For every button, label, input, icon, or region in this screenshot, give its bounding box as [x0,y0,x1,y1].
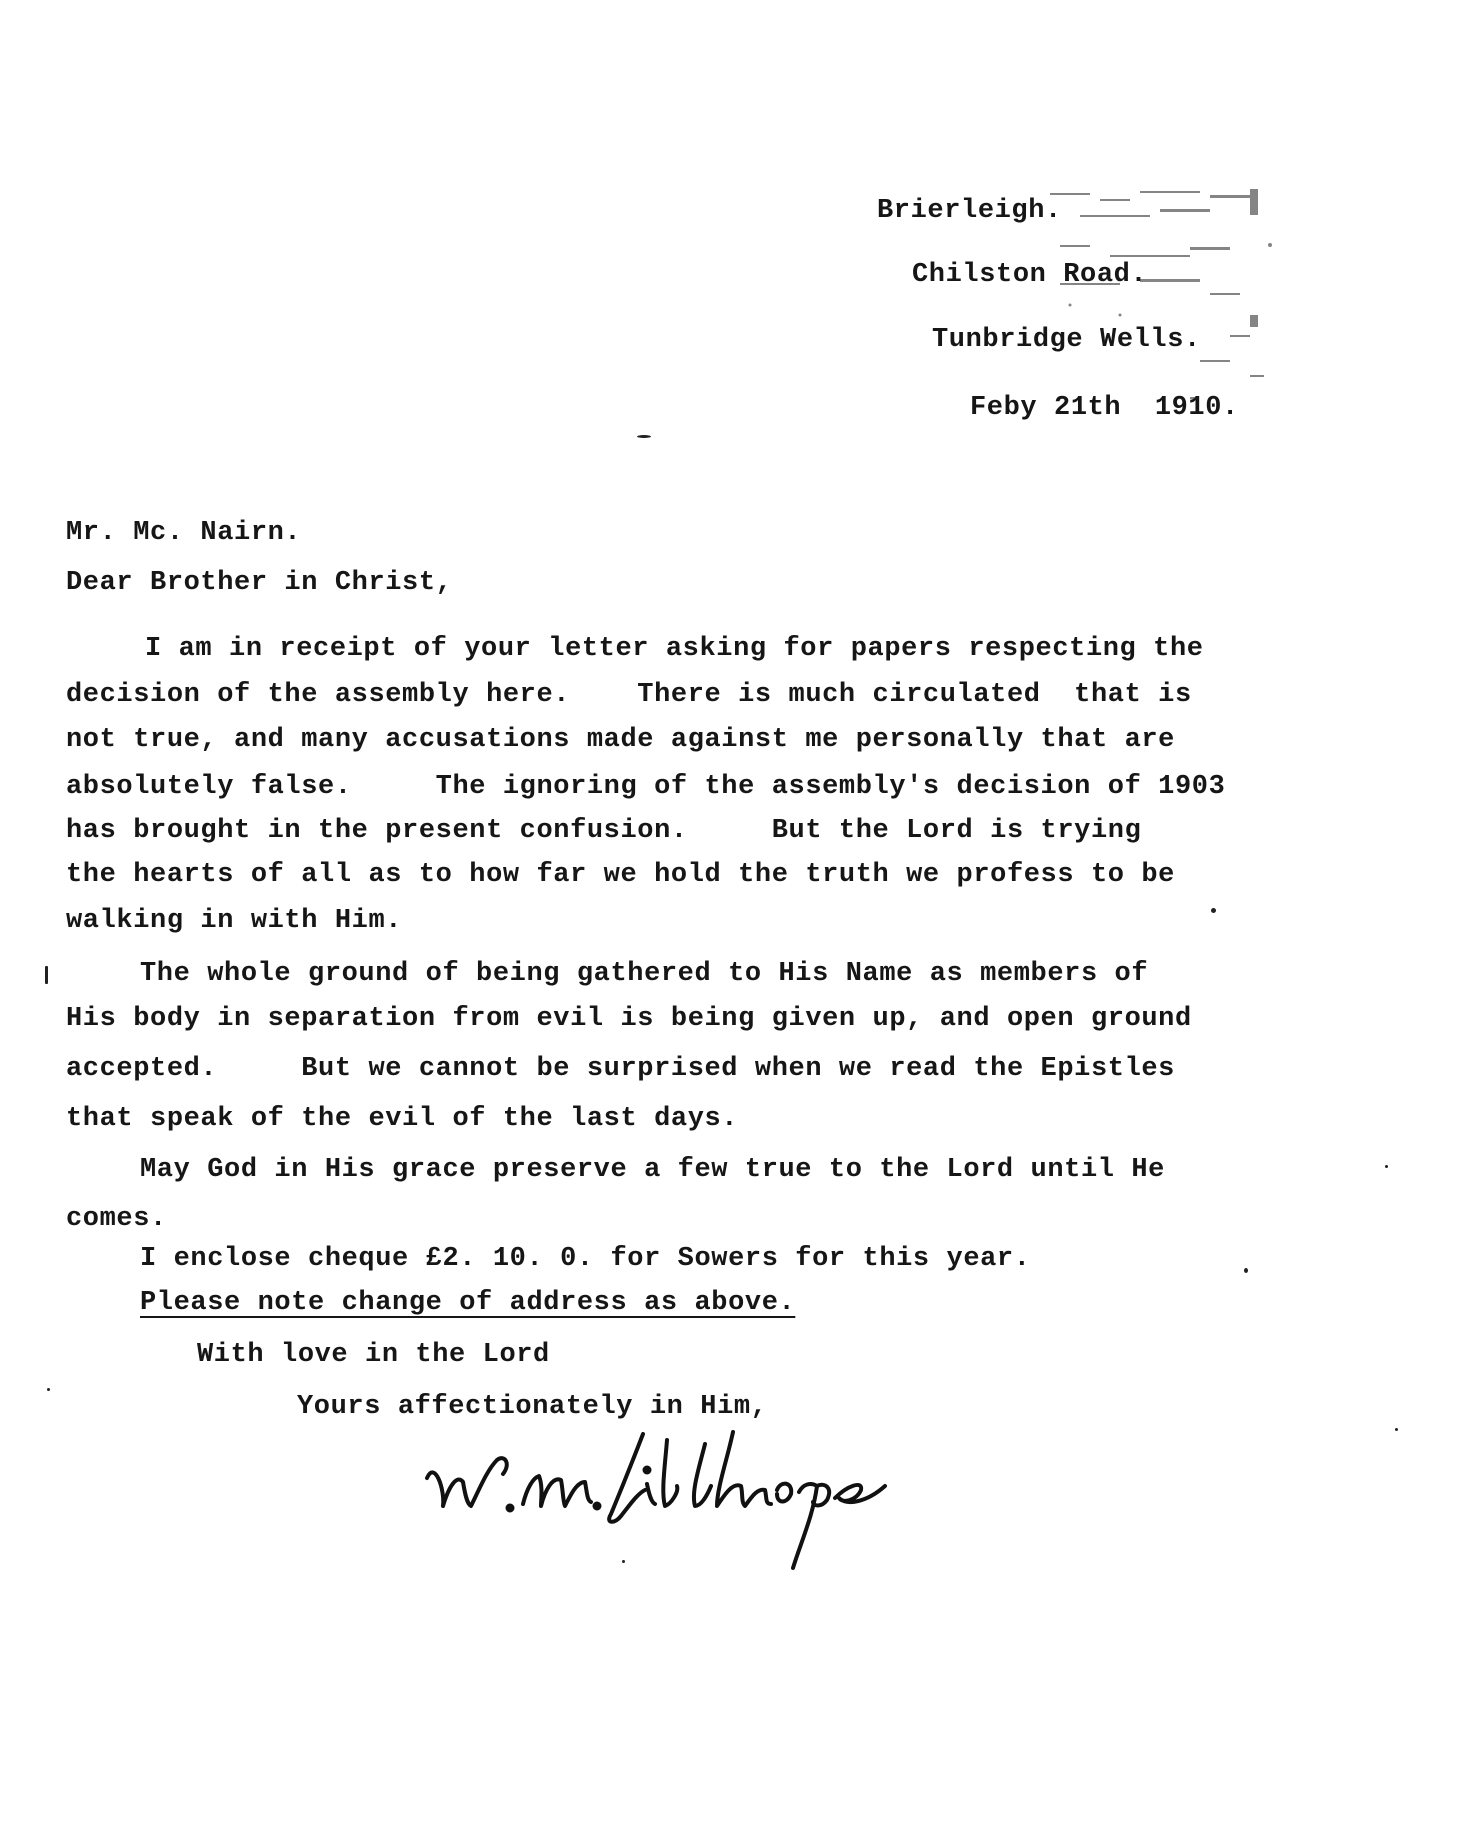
body-line: has brought in the present confusion. Bu… [66,818,1141,845]
address-change-note: Please note change of address as above. [140,1290,795,1317]
salutation: Dear Brother in Christ, [66,570,452,597]
scan-speck [1244,1268,1248,1273]
body-line: His body in separation from evil is bein… [66,1006,1192,1033]
scan-speck [1211,908,1216,913]
letter-page: Brierleigh. Chilston Road. Tunbridge Wel… [0,0,1469,1821]
scan-speck [637,435,651,438]
closing-line-1: With love in the Lord [197,1342,550,1369]
address-line-1: Brierleigh. [877,198,1062,225]
signature [415,1420,915,1580]
scan-speck [45,966,48,984]
scan-speck [1385,1165,1388,1168]
scan-speck [47,1388,50,1391]
body-line: that speak of the evil of the last days. [66,1106,738,1133]
recipient-name: Mr. Mc. Nairn. [66,520,301,547]
body-line: decision of the assembly here. There is … [66,682,1192,709]
body-line: I am in receipt of your letter asking fo… [145,636,1204,663]
body-line: comes. [66,1206,167,1233]
body-line: the hearts of all as to how far we hold … [66,862,1175,889]
body-line: not true, and many accusations made agai… [66,727,1175,754]
closing-line-2: Yours affectionately in Him, [297,1394,767,1421]
cheque-note: I enclose cheque £2. 10. 0. for Sowers f… [140,1246,1031,1273]
body-line: walking in with Him. [66,908,402,935]
scan-speck [622,1560,625,1563]
body-line: absolutely false. The ignoring of the as… [66,774,1225,801]
body-line: accepted. But we cannot be surprised whe… [66,1056,1175,1083]
body-line: The whole ground of being gathered to Hi… [140,961,1148,988]
scan-speck [1395,1428,1398,1431]
body-line: May God in His grace preserve a few true… [140,1157,1165,1184]
scan-noise [1040,185,1300,405]
